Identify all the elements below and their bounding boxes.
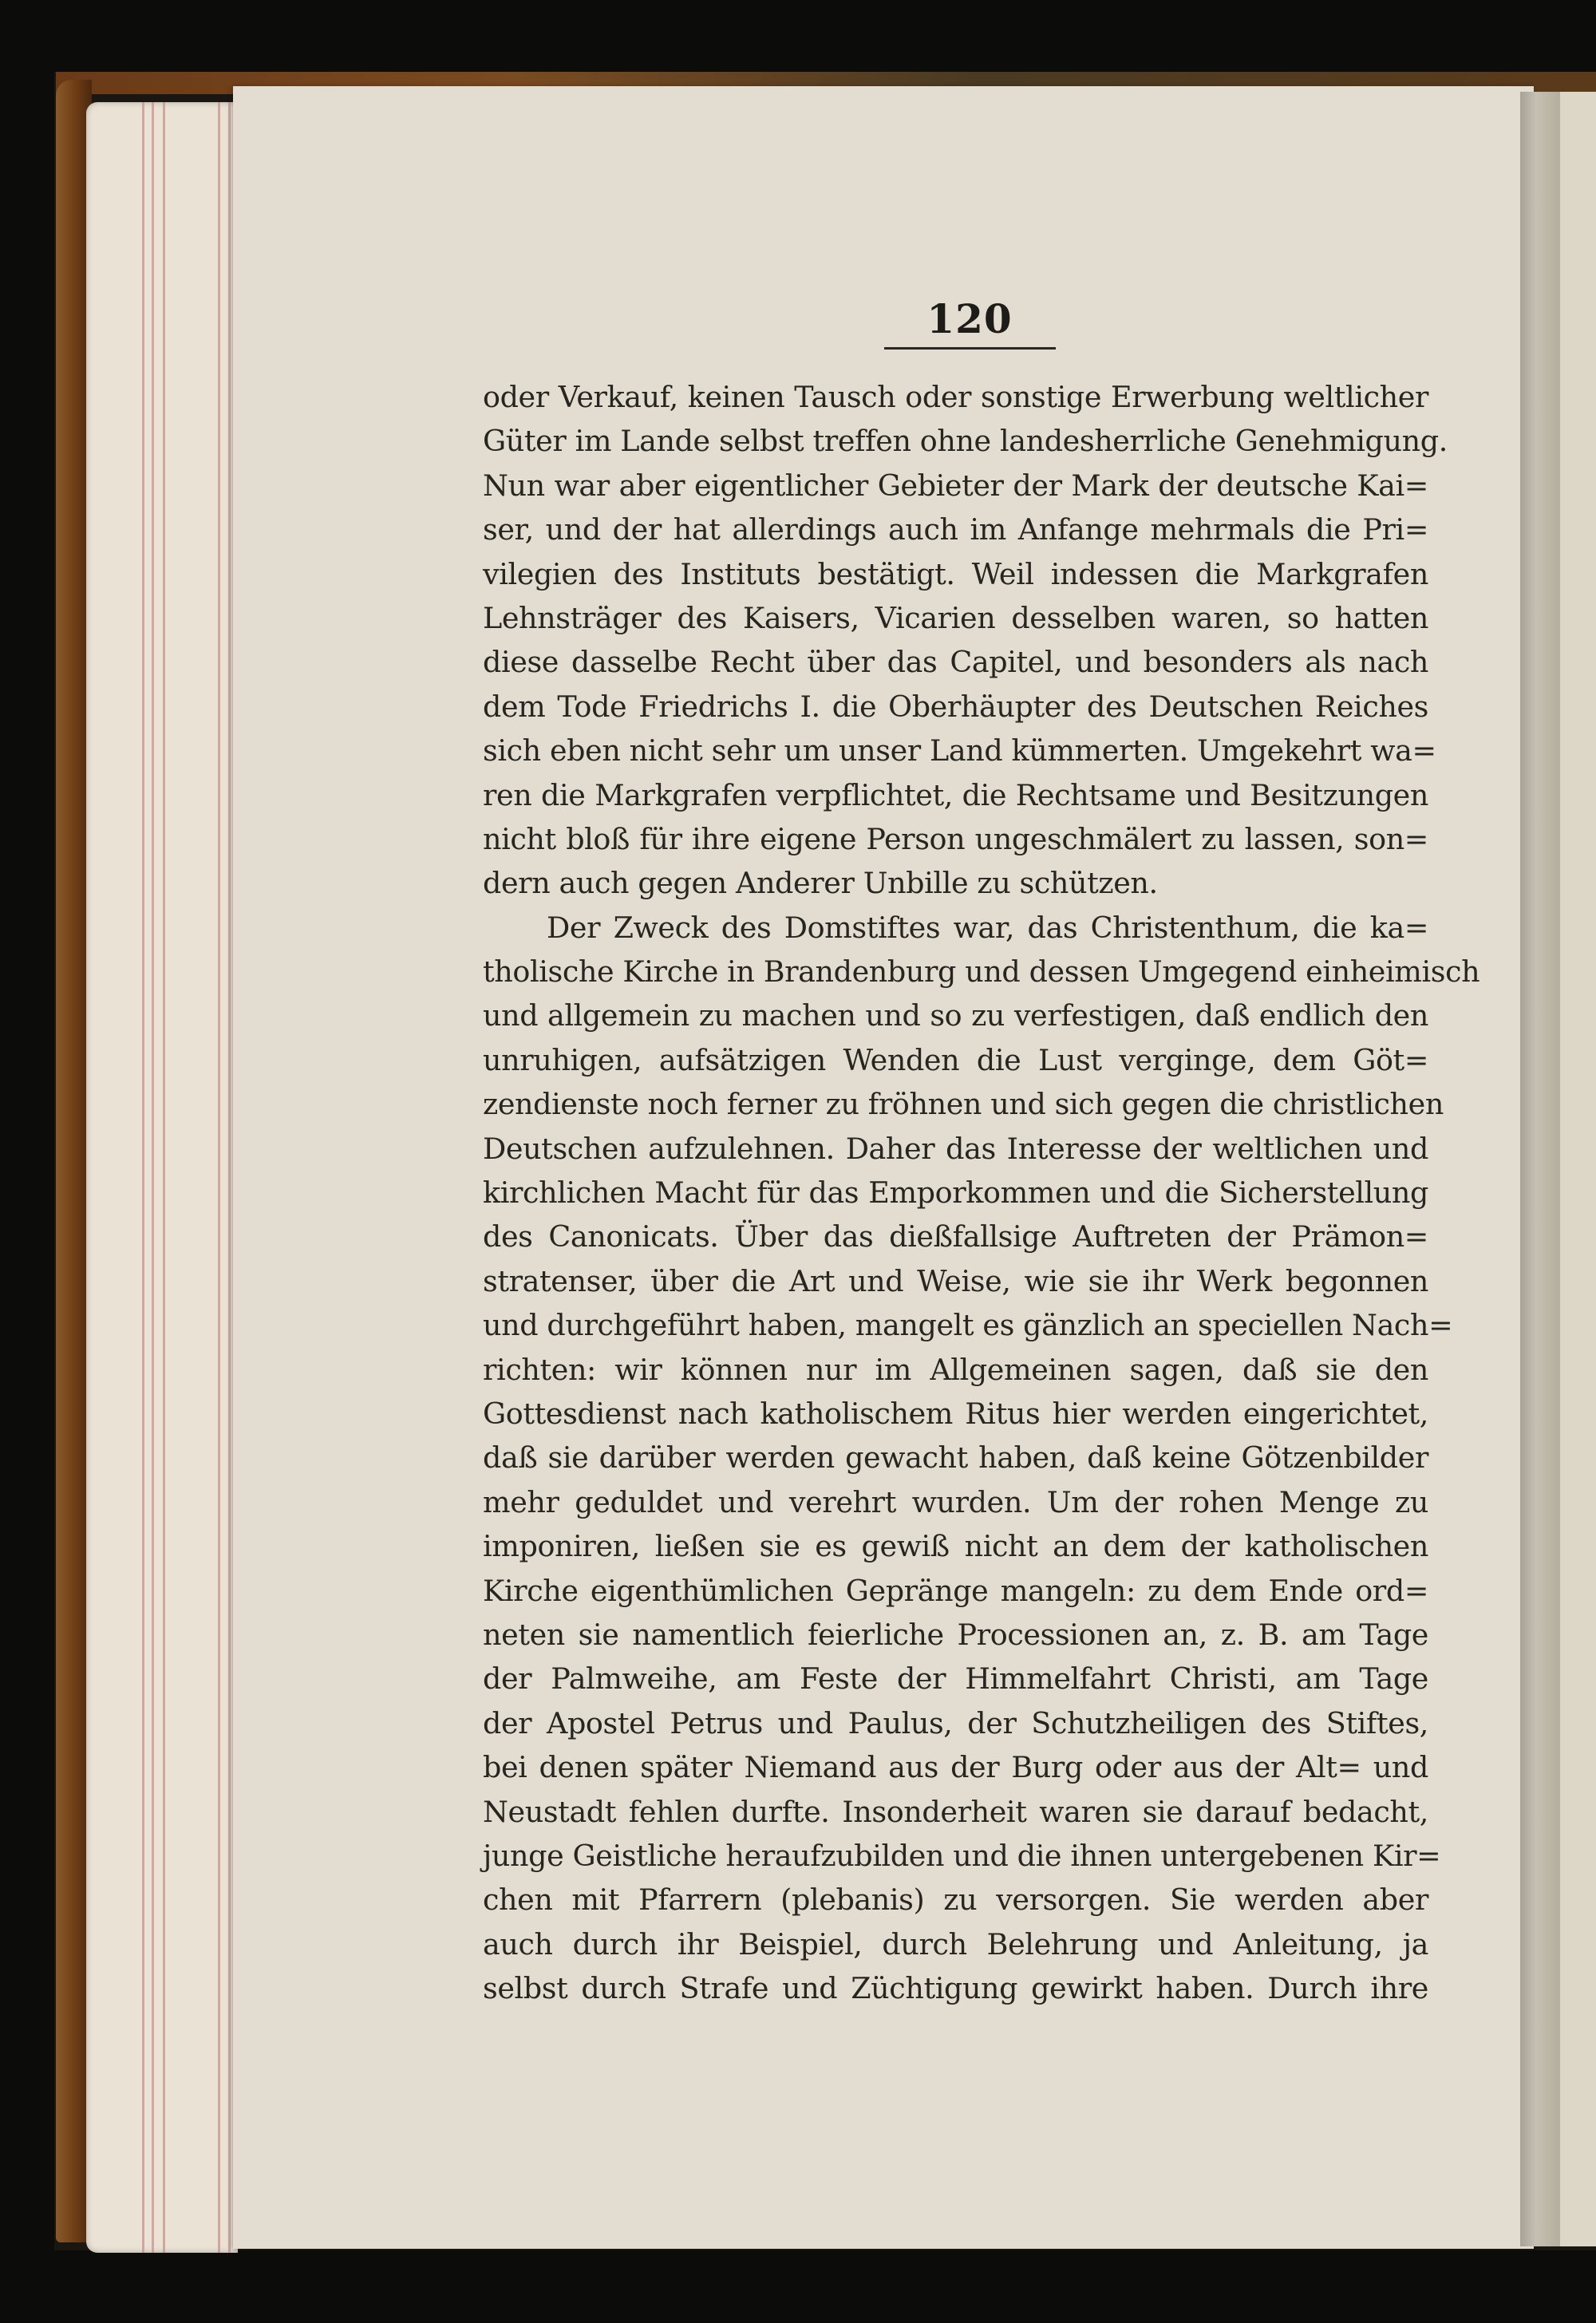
header-rule [884,347,1056,350]
text-line: bei denen später Niemand aus der Burg od… [483,1745,1428,1789]
text-line: chen mit Pfarrern (plebanis) zu versorge… [483,1878,1428,1922]
text-line: auch durch ihr Beispiel, durch Belehrung… [483,1922,1428,1966]
text-line: richten: wir können nur im Allgemeinen s… [483,1348,1428,1392]
red-page-edge-line [163,102,165,2253]
text-line: ren die Markgrafen verpflichtet, die Rec… [483,773,1428,817]
text-line: junge Geistliche heraufzubilden und die … [483,1834,1428,1878]
page-number: 120 [882,295,1057,342]
text-line: Kirche eigenthümlichen Gepränge mangeln:… [483,1569,1428,1613]
text-line: unruhigen, aufsätzigen Wenden die Lust v… [483,1038,1428,1082]
text-line: sich eben nicht sehr um unser Land kümme… [483,729,1428,772]
text-line: mehr geduldet und verehrt wurden. Um der… [483,1480,1428,1524]
text-line: daß sie darüber werden gewacht haben, da… [483,1436,1428,1480]
text-line: dem Tode Friedrichs I. die Oberhäupter d… [483,685,1428,729]
text-line: ser, und der hat allerdings auch im Anfa… [483,508,1428,551]
text-line: diese dasselbe Recht über das Capitel, u… [483,640,1428,684]
text-line: selbst durch Strafe und Züchtigung gewir… [483,1966,1428,2010]
text-line: kirchlichen Macht für das Emporkommen un… [483,1171,1428,1215]
text-line: der Palmweihe, am Feste der Himmelfahrt … [483,1657,1428,1701]
page-stack-edge [86,102,238,2253]
text-line: und allgemein zu machen und so zu verfes… [483,994,1428,1037]
text-line: stratenser, über die Art und Weise, wie … [483,1259,1428,1303]
red-page-edge-line [228,102,231,2253]
page-header: 120 [882,295,1057,350]
text-line: vilegien des Instituts bestätigt. Weil i… [483,552,1428,596]
text-line: Gottesdienst nach katholischem Ritus hie… [483,1392,1428,1436]
text-line: und durchgeführt haben, mangelt es gänzl… [483,1303,1428,1347]
text-line: neten sie namentlich feierliche Processi… [483,1613,1428,1657]
text-line: Lehnsträger des Kaisers, Vicarien dessel… [483,596,1428,640]
text-line: Deutschen aufzulehnen. Daher das Interes… [483,1127,1428,1171]
text-line: zendienste noch ferner zu fröhnen und si… [483,1082,1428,1126]
red-page-edge-line [218,102,220,2253]
text-line: nicht bloß für ihre eigene Person ungesc… [483,817,1428,861]
text-line: oder Verkauf, keinen Tausch oder sonstig… [483,375,1428,419]
text-line: imponiren, ließen sie es gewiß nicht an … [483,1524,1428,1568]
page-gutter-shadow [1520,92,1560,2246]
text-line: Neustadt fehlen durfte. Insonderheit war… [483,1790,1428,1834]
red-page-edge-line [142,102,144,2253]
text-line: tholische Kirche in Brandenburg und dess… [483,950,1428,994]
body-text: oder Verkauf, keinen Tausch oder sonstig… [483,375,1428,2010]
text-line: Nun war aber eigentlicher Gebieter der M… [483,464,1428,508]
facing-page-edge [1560,92,1596,2246]
paragraph-start: Der Zweck des Domstiftes war, das Christ… [483,906,1428,950]
text-line: Güter im Lande selbst treffen ohne lande… [483,419,1428,463]
text-line: der Apostel Petrus und Paulus, der Schut… [483,1701,1428,1745]
red-page-edge-line [152,102,154,2253]
text-line: des Canonicats. Über das dießfallsige Au… [483,1215,1428,1258]
text-line: dern auch gegen Anderer Unbille zu schüt… [483,861,1428,905]
